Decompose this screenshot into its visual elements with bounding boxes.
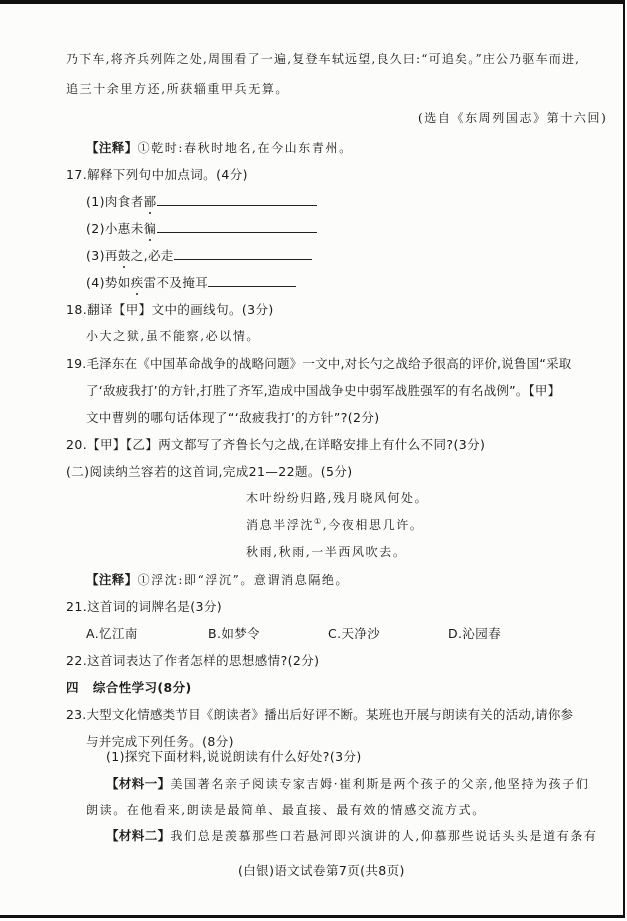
- question-18-stem: 18.翻译【甲】文中的画线句。(3分): [66, 300, 274, 318]
- note-label: 【注释】: [86, 140, 138, 155]
- question-21-options: A.忆江南B.如梦令C.天净沙D.沁园春: [86, 624, 501, 642]
- material-1-label: 【材料一】: [106, 776, 171, 791]
- answer-blank-3[interactable]: [174, 247, 312, 260]
- question-19-line-3: 文中曹刿的哪句话体现了“‘敌疲我打’的方针”?(2分): [86, 408, 380, 426]
- material-1-line-2: 朗读。在他看来,朗读是最简单、最直接、最有效的情感交流方式。: [86, 801, 486, 818]
- dotted-word: 疾: [131, 275, 144, 290]
- material-1-line-1: 【材料一】美国著名亲子阅读专家吉姆·崔利斯是两个孩子的父亲,他坚持为孩子们: [106, 774, 589, 792]
- poem-line-1: 木叶纷纷归路,残月晓风何处。: [246, 489, 428, 506]
- question-19-line-1: 19.毛泽东在《中国革命战争的战略问题》一文中,对长勺之战给予很高的评价,说鲁国…: [66, 354, 571, 372]
- answer-blank-4[interactable]: [208, 274, 296, 287]
- note-2: 【注释】①浮沈:即“浮沉”。意谓消息隔绝。: [86, 570, 349, 588]
- option-b[interactable]: B.如梦令: [208, 624, 328, 642]
- question-17-item-3: (3)再鼓之,必走: [86, 246, 312, 264]
- question-19-line-2: 了‘敌疲我打’的方针,打胜了齐军,造成中国战争史中弱军战胜强军的有名战例”。【甲…: [86, 381, 560, 399]
- poem-line-3: 秋雨,秋雨,一半西风吹去。: [246, 543, 406, 560]
- note-label: 【注释】: [86, 572, 138, 587]
- question-22-stem: 22.这首词表达了作者怎样的思想感情?(2分): [66, 651, 319, 669]
- section-number: 四: [66, 680, 79, 695]
- passage-line-1: 乃下车,将齐兵列阵之处,周围看了一遍,复登车轼远望,良久曰:“可追矣。”庄公乃驱…: [66, 50, 580, 67]
- page-footer: (白银)语文试卷第7页(共8页): [238, 861, 405, 879]
- question-17-item-1: (1)肉食者鄙: [86, 192, 317, 210]
- dotted-word: 鄙: [144, 194, 157, 209]
- question-20-stem: 20.【甲】【乙】两文都写了齐鲁长勺之战,在详略安排上有什么不同?(3分): [66, 435, 485, 453]
- question-17-item-2: (2)小惠未徧: [86, 219, 317, 237]
- option-d[interactable]: D.沁园春: [448, 624, 501, 642]
- section-4-heading: 四综合性学习(8分): [66, 678, 192, 696]
- section-title: 综合性学习(8分): [93, 680, 192, 695]
- option-a[interactable]: A.忆江南: [86, 624, 208, 642]
- material-2-line-1: 【材料二】我们总是羡慕那些口若悬河即兴演讲的人,仰慕那些说话头头是道有条有: [106, 826, 598, 844]
- exam-page: 乃下车,将齐兵列阵之处,周围看了一遍,复登车轼远望,良久曰:“可追矣。”庄公乃驱…: [0, 0, 625, 918]
- question-23-line-1: 23.大型文化情感类节目《朗读者》播出后好评不断。某班也开展与朗读有关的活动,请…: [66, 705, 573, 723]
- question-17-stem: 17.解释下列句中加点词。(4分): [66, 165, 248, 183]
- option-c[interactable]: C.天净沙: [328, 624, 448, 642]
- answer-blank-2[interactable]: [157, 220, 317, 233]
- section-2-stem: (二)阅读纳兰容若的这首词,完成21—22题。(5分): [66, 462, 353, 480]
- dotted-word: 鼓: [118, 248, 131, 263]
- material-2-label: 【材料二】: [106, 828, 171, 843]
- question-21-stem: 21.这首词的词牌名是(3分): [66, 597, 222, 615]
- answer-blank-1[interactable]: [157, 193, 317, 206]
- passage-line-2: 追三十余里方还,所获辎重甲兵无算。: [66, 80, 289, 97]
- poem-line-2: 消息半浮沈①,今夜相思几许。: [246, 516, 423, 533]
- question-23-sub-1: (1)探究下面材料,说说朗读有什么好处?(3分): [106, 747, 362, 765]
- note-text: ①乾时:春秋时地名,在今山东青州。: [138, 141, 353, 155]
- question-18-sentence: 小大之狱,虽不能察,必以情。: [86, 327, 260, 344]
- note-text: ①浮沈:即“浮沉”。意谓消息隔绝。: [138, 573, 350, 587]
- question-17-item-4: (4)势如疾雷不及掩耳: [86, 273, 296, 291]
- footnote-marker: ①: [314, 517, 323, 526]
- passage-source: (选自《东周列国志》第十六回): [418, 109, 607, 126]
- dotted-word: 徧: [144, 221, 157, 236]
- note-1: 【注释】①乾时:春秋时地名,在今山东青州。: [86, 138, 353, 156]
